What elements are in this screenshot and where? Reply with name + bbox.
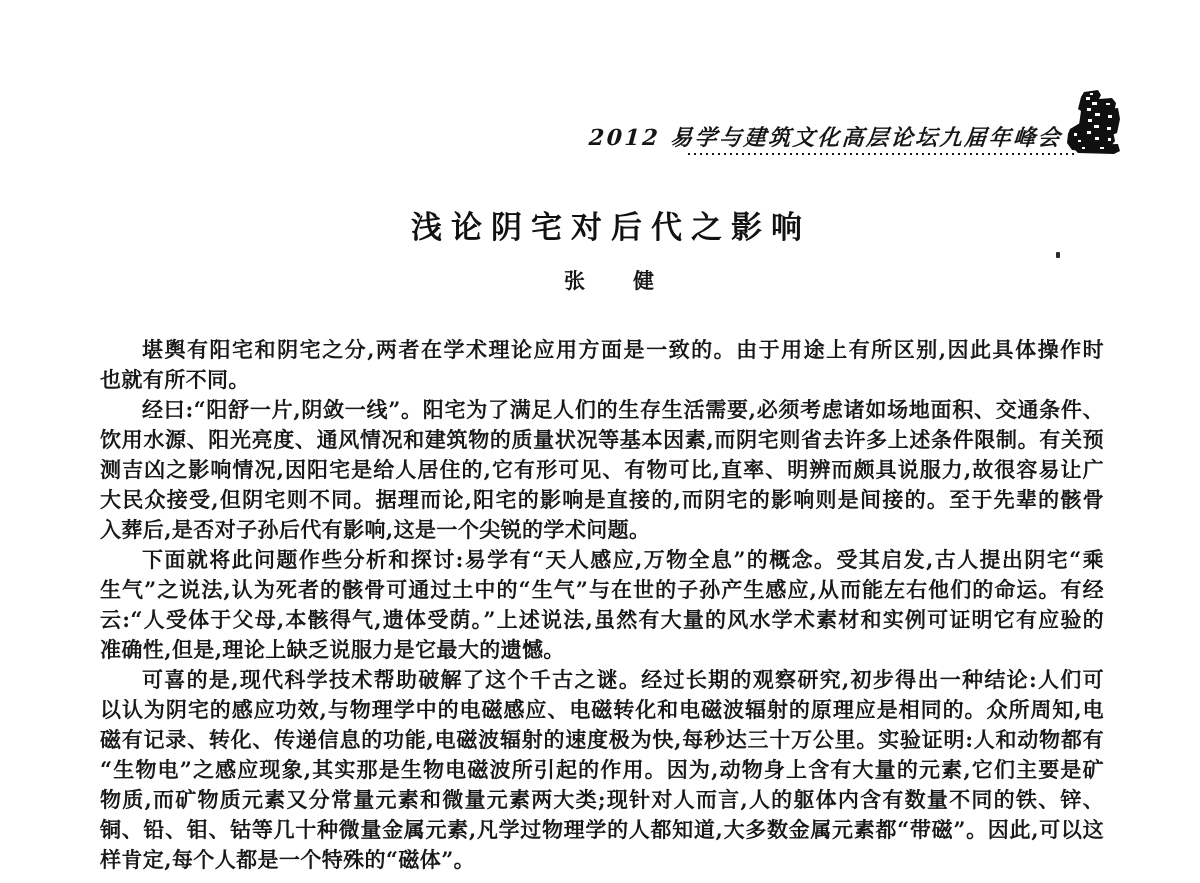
body-line: 以认为阴宅的感应功效,与物理学中的电磁感应、电磁转化和电磁波辐射的原理应是相同的… [100, 695, 1104, 725]
body-line: 物质,而矿物质元素又分常量元素和微量元素两大类;现针对人而言,人的躯体内含有数量… [100, 785, 1104, 815]
body-line: 也就有所不同。 [100, 365, 1104, 395]
page-title: 浅论阴宅对后代之影响 [0, 202, 1200, 247]
body-line: “生物电”之感应现象,其实那是生物电磁波所引起的作用。因为,动物身上含有大量的元… [100, 755, 1104, 785]
body-line: 样肯定,每个人都是一个特殊的“磁体”。 [100, 845, 1104, 875]
body-line: 经曰:“阳舒一片,阴敛一线”。阳宅为了满足人们的生存生活需要,必须考虑诸如场地面… [100, 395, 1104, 425]
ink-stamp-icon [1064, 89, 1126, 157]
body-line: 磁有记录、转化、传递信息的功能,电磁波辐射的速度极为快,每秒达三十万公里。实验证… [100, 725, 1104, 755]
body-line: 准确性,但是,理论上缺乏说服力是它最大的遗憾。 [100, 635, 1104, 665]
scan-speck-artifact [1056, 252, 1060, 258]
body-line: 可喜的是,现代科学技术帮助破解了这个千古之谜。经过长期的观察研究,初步得出一种结… [100, 665, 1104, 695]
body-line: 测吉凶之影响情况,因阳宅是给人居住的,它有形可见、有物可比,直率、明辨而颇具说服… [100, 455, 1104, 485]
author-name: 张 健 [0, 265, 1200, 295]
body-text: 堪舆有阳宅和阴宅之分,两者在学术理论应用方面是一致的。由于用途上有所区别,因此具… [100, 335, 1104, 875]
body-line: 入葬后,是否对子孙后代有影响,这是一个尖锐的学术问题。 [100, 515, 1104, 545]
body-line: 云:“人受体于父母,本骸得气,遗体受荫。”上述说法,虽然有大量的风水学术素材和实… [100, 605, 1104, 635]
body-line: 饮用水源、阳光亮度、通风情况和建筑物的质量状况等基本因素,而阴宅则省去许多上述条… [100, 425, 1104, 455]
body-line: 下面就将此问题作些分析和探讨:易学有“天人感应,万物全息”的概念。受其启发,古人… [100, 545, 1104, 575]
header-dotted-rule [688, 153, 1078, 155]
body-line: 生气”之说法,认为死者的骸骨可通过土中的“生气”与在世的子孙产生感应,从而能左右… [100, 575, 1104, 605]
conference-header-title: 2012 易学与建筑文化高层论坛九届年峰会 [588, 121, 1064, 152]
body-line: 大民众接受,但阴宅则不同。据理而论,阳宅的影响是直接的,而阴宅的影响则是间接的。… [100, 485, 1104, 515]
body-line: 堪舆有阳宅和阴宅之分,两者在学术理论应用方面是一致的。由于用途上有所区别,因此具… [100, 335, 1104, 365]
body-line: 铜、铅、钼、钴等几十种微量金属元素,凡学过物理学的人都知道,大多数金属元素都“带… [100, 815, 1104, 845]
